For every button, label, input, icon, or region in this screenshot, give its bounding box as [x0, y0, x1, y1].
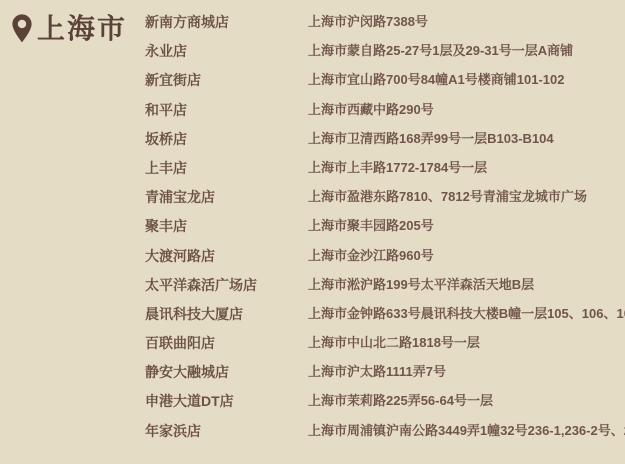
- store-name: 新南方商城店: [145, 14, 308, 30]
- store-address: 上海市盈港东路7810、7812号青浦宝龙城市广场: [308, 189, 625, 205]
- store-row: 晨讯科技大厦店 上海市金钟路633号晨讯科技大楼B幢一层105、106、107号: [145, 306, 625, 335]
- store-row: 永业店 上海市蒙自路25-27号1层及29-31号一层A商铺: [145, 43, 625, 72]
- store-name: 聚丰店: [145, 218, 308, 234]
- store-row: 年家浜店 上海市周浦镇沪南公路3449弄1幢32号236-1,236-2号、24…: [145, 423, 625, 452]
- store-address: 上海市卫清西路168弄99号一层B103-B104: [308, 131, 625, 147]
- store-address: 上海市中山北二路1818号一层: [308, 335, 625, 351]
- store-row: 申港大道DT店 上海市茉莉路225弄56-64号一层: [145, 393, 625, 422]
- store-row: 聚丰店 上海市聚丰园路205号: [145, 218, 625, 247]
- store-row: 坂桥店 上海市卫清西路168弄99号一层B103-B104: [145, 131, 625, 160]
- store-row: 大渡河路店 上海市金沙江路960号: [145, 248, 625, 277]
- store-name: 百联曲阳店: [145, 335, 308, 351]
- store-name: 大渡河路店: [145, 248, 308, 264]
- store-name: 和平店: [145, 102, 308, 118]
- store-row: 上丰店 上海市上丰路1772-1784号一层: [145, 160, 625, 189]
- location-pin-icon: [11, 12, 33, 46]
- city-name: 上海市: [37, 15, 127, 43]
- store-address: 上海市聚丰园路205号: [308, 218, 625, 234]
- store-name: 静安大融城店: [145, 364, 308, 380]
- store-row: 太平洋森活广场店 上海市淞沪路199号太平洋森活天地B层: [145, 277, 625, 306]
- store-name: 青浦宝龙店: [145, 189, 308, 205]
- store-name: 永业店: [145, 43, 308, 59]
- store-name: 晨讯科技大厦店: [145, 306, 308, 322]
- store-address: 上海市金沙江路960号: [308, 248, 625, 264]
- store-row: 静安大融城店 上海市沪太路1111弄7号: [145, 364, 625, 393]
- city-header: 上海市: [11, 12, 127, 46]
- store-address: 上海市蒙自路25-27号1层及29-31号一层A商铺: [308, 43, 625, 59]
- store-row: 百联曲阳店 上海市中山北二路1818号一层: [145, 335, 625, 364]
- store-address: 上海市上丰路1772-1784号一层: [308, 160, 625, 176]
- store-row: 和平店 上海市西藏中路290号: [145, 102, 625, 131]
- store-name: 坂桥店: [145, 131, 308, 147]
- store-name: 太平洋森活广场店: [145, 277, 308, 293]
- store-name: 新宜街店: [145, 72, 308, 88]
- store-address: 上海市西藏中路290号: [308, 102, 625, 118]
- store-address: 上海市茉莉路225弄56-64号一层: [308, 393, 625, 409]
- store-address: 上海市金钟路633号晨讯科技大楼B幢一层105、106、107号: [308, 306, 625, 322]
- store-locations-page: 上海市 新南方商城店 上海市沪闵路7388号 永业店 上海市蒙自路25-27号1…: [0, 0, 625, 464]
- store-name: 年家浜店: [145, 423, 308, 439]
- store-list: 新南方商城店 上海市沪闵路7388号 永业店 上海市蒙自路25-27号1层及29…: [145, 14, 625, 452]
- store-row: 新宜街店 上海市宜山路700号84幢A1号楼商铺101-102: [145, 72, 625, 101]
- store-name: 上丰店: [145, 160, 308, 176]
- store-address: 上海市沪太路1111弄7号: [308, 364, 625, 380]
- store-row: 青浦宝龙店 上海市盈港东路7810、7812号青浦宝龙城市广场: [145, 189, 625, 218]
- store-address: 上海市宜山路700号84幢A1号楼商铺101-102: [308, 72, 625, 88]
- store-address: 上海市周浦镇沪南公路3449弄1幢32号236-1,236-2号、240号108: [308, 423, 625, 439]
- store-name: 申港大道DT店: [145, 393, 308, 409]
- store-address: 上海市沪闵路7388号: [308, 14, 625, 30]
- store-row: 新南方商城店 上海市沪闵路7388号: [145, 14, 625, 43]
- store-address: 上海市淞沪路199号太平洋森活天地B层: [308, 277, 625, 293]
